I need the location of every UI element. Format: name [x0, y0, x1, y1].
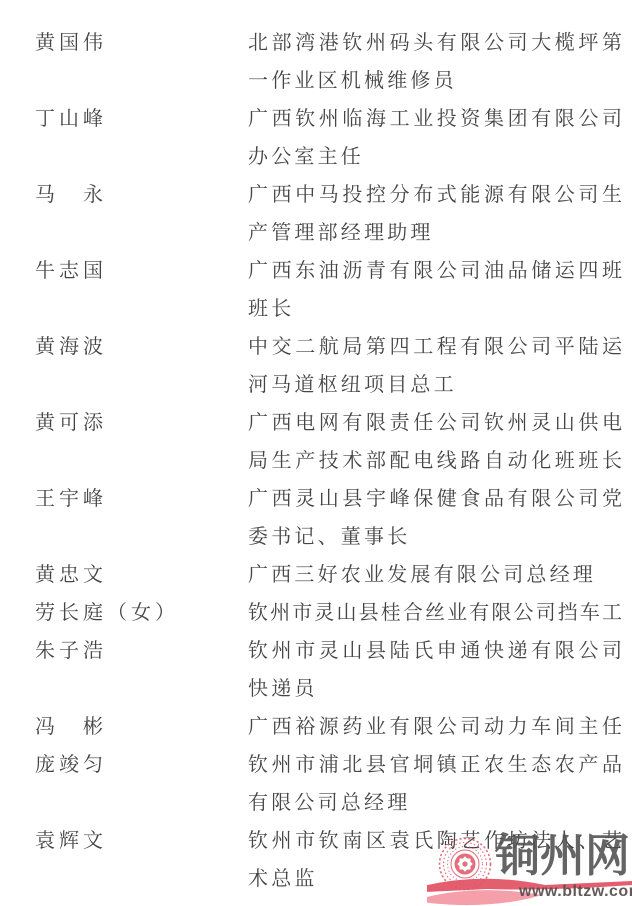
roster-row: 庞竣匀 钦州市浦北县官垌镇正农生态农产品有限公司总经理	[35, 746, 632, 822]
person-position: 钦州市灵山县桂合丝业有限公司挡车工	[248, 594, 626, 632]
position-line: 快递员	[248, 670, 626, 708]
person-position: 广西东油沥青有限公司油品储运四班班长	[248, 252, 626, 328]
position-line: 钦州市灵山县桂合丝业有限公司挡车工	[248, 594, 622, 632]
position-line: 广西东油沥青有限公司油品储运四班	[248, 252, 622, 290]
person-name: 牛志国	[35, 252, 248, 290]
position-line: 委书记、董事长	[248, 518, 626, 556]
roster: 黄国伟 北部湾港钦州码头有限公司大榄坪第一作业区机械维修员 丁山峰 广西钦州临海…	[35, 24, 632, 898]
roster-row: 冯 彬 广西裕源药业有限公司动力车间主任	[35, 708, 632, 746]
position-line: 广西钦州临海工业投资集团有限公司	[248, 100, 622, 138]
person-position: 广西中马投控分布式能源有限公司生产管理部经理助理	[248, 176, 626, 252]
position-line: 广西中马投控分布式能源有限公司生	[248, 176, 622, 214]
person-position: 钦州市钦南区袁氏陶艺作坊法人、艺术总监	[248, 822, 626, 898]
person-position: 钦州市灵山县陆氏申通快递有限公司快递员	[248, 632, 626, 708]
person-position: 中交二航局第四工程有限公司平陆运河马道枢纽项目总工	[248, 328, 626, 404]
position-line: 北部湾港钦州码头有限公司大榄坪第	[248, 24, 622, 62]
person-name: 马 永	[35, 176, 248, 214]
position-line: 班长	[248, 290, 626, 328]
person-position: 北部湾港钦州码头有限公司大榄坪第一作业区机械维修员	[248, 24, 626, 100]
position-line: 局生产技术部配电线路自动化班班长	[248, 442, 622, 480]
roster-row: 牛志国 广西东油沥青有限公司油品储运四班班长	[35, 252, 632, 328]
person-name: 劳长庭（女）	[35, 594, 248, 632]
position-line: 产管理部经理助理	[248, 214, 626, 252]
person-name: 袁辉文	[35, 822, 248, 860]
person-name: 黄可添	[35, 404, 248, 442]
roster-row: 朱子浩 钦州市灵山县陆氏申通快递有限公司快递员	[35, 632, 632, 708]
person-name: 黄国伟	[35, 24, 248, 62]
person-name: 冯 彬	[35, 708, 248, 746]
roster-row: 黄忠文 广西三好农业发展有限公司总经理	[35, 556, 632, 594]
roster-row: 袁辉文 钦州市钦南区袁氏陶艺作坊法人、艺术总监	[35, 822, 632, 898]
position-line: 办公室主任	[248, 138, 626, 176]
roster-row: 黄海波 中交二航局第四工程有限公司平陆运河马道枢纽项目总工	[35, 328, 632, 404]
person-position: 广西灵山县宇峰保健食品有限公司党委书记、董事长	[248, 480, 626, 556]
person-name: 黄忠文	[35, 556, 248, 594]
document-page: 黄国伟 北部湾港钦州码头有限公司大榄坪第一作业区机械维修员 丁山峰 广西钦州临海…	[0, 0, 632, 906]
position-line: 广西裕源药业有限公司动力车间主任	[248, 708, 622, 746]
person-position: 广西钦州临海工业投资集团有限公司办公室主任	[248, 100, 626, 176]
position-line: 广西灵山县宇峰保健食品有限公司党	[248, 480, 622, 518]
roster-row: 王宇峰 广西灵山县宇峰保健食品有限公司党委书记、董事长	[35, 480, 632, 556]
person-position: 广西三好农业发展有限公司总经理	[248, 556, 626, 594]
position-line: 一作业区机械维修员	[248, 62, 626, 100]
person-name: 庞竣匀	[35, 746, 248, 784]
position-line: 中交二航局第四工程有限公司平陆运	[248, 328, 622, 366]
position-line: 有限公司总经理	[248, 784, 626, 822]
person-name: 黄海波	[35, 328, 248, 366]
roster-row: 黄国伟 北部湾港钦州码头有限公司大榄坪第一作业区机械维修员	[35, 24, 632, 100]
person-position: 钦州市浦北县官垌镇正农生态农产品有限公司总经理	[248, 746, 626, 822]
person-name: 朱子浩	[35, 632, 248, 670]
roster-row: 丁山峰 广西钦州临海工业投资集团有限公司办公室主任	[35, 100, 632, 176]
person-name: 丁山峰	[35, 100, 248, 138]
position-line: 钦州市钦南区袁氏陶艺作坊法人、艺	[248, 822, 622, 860]
roster-row: 马 永 广西中马投控分布式能源有限公司生产管理部经理助理	[35, 176, 632, 252]
position-line: 广西三好农业发展有限公司总经理	[248, 556, 626, 594]
person-position: 广西裕源药业有限公司动力车间主任	[248, 708, 626, 746]
person-name: 王宇峰	[35, 480, 248, 518]
position-line: 河马道枢纽项目总工	[248, 366, 626, 404]
roster-row: 劳长庭（女） 钦州市灵山县桂合丝业有限公司挡车工	[35, 594, 632, 632]
roster-row: 黄可添 广西电网有限责任公司钦州灵山供电局生产技术部配电线路自动化班班长	[35, 404, 632, 480]
position-line: 术总监	[248, 860, 626, 898]
position-line: 广西电网有限责任公司钦州灵山供电	[248, 404, 622, 442]
position-line: 钦州市灵山县陆氏申通快递有限公司	[248, 632, 622, 670]
position-line: 钦州市浦北县官垌镇正农生态农产品	[248, 746, 622, 784]
person-position: 广西电网有限责任公司钦州灵山供电局生产技术部配电线路自动化班班长	[248, 404, 626, 480]
